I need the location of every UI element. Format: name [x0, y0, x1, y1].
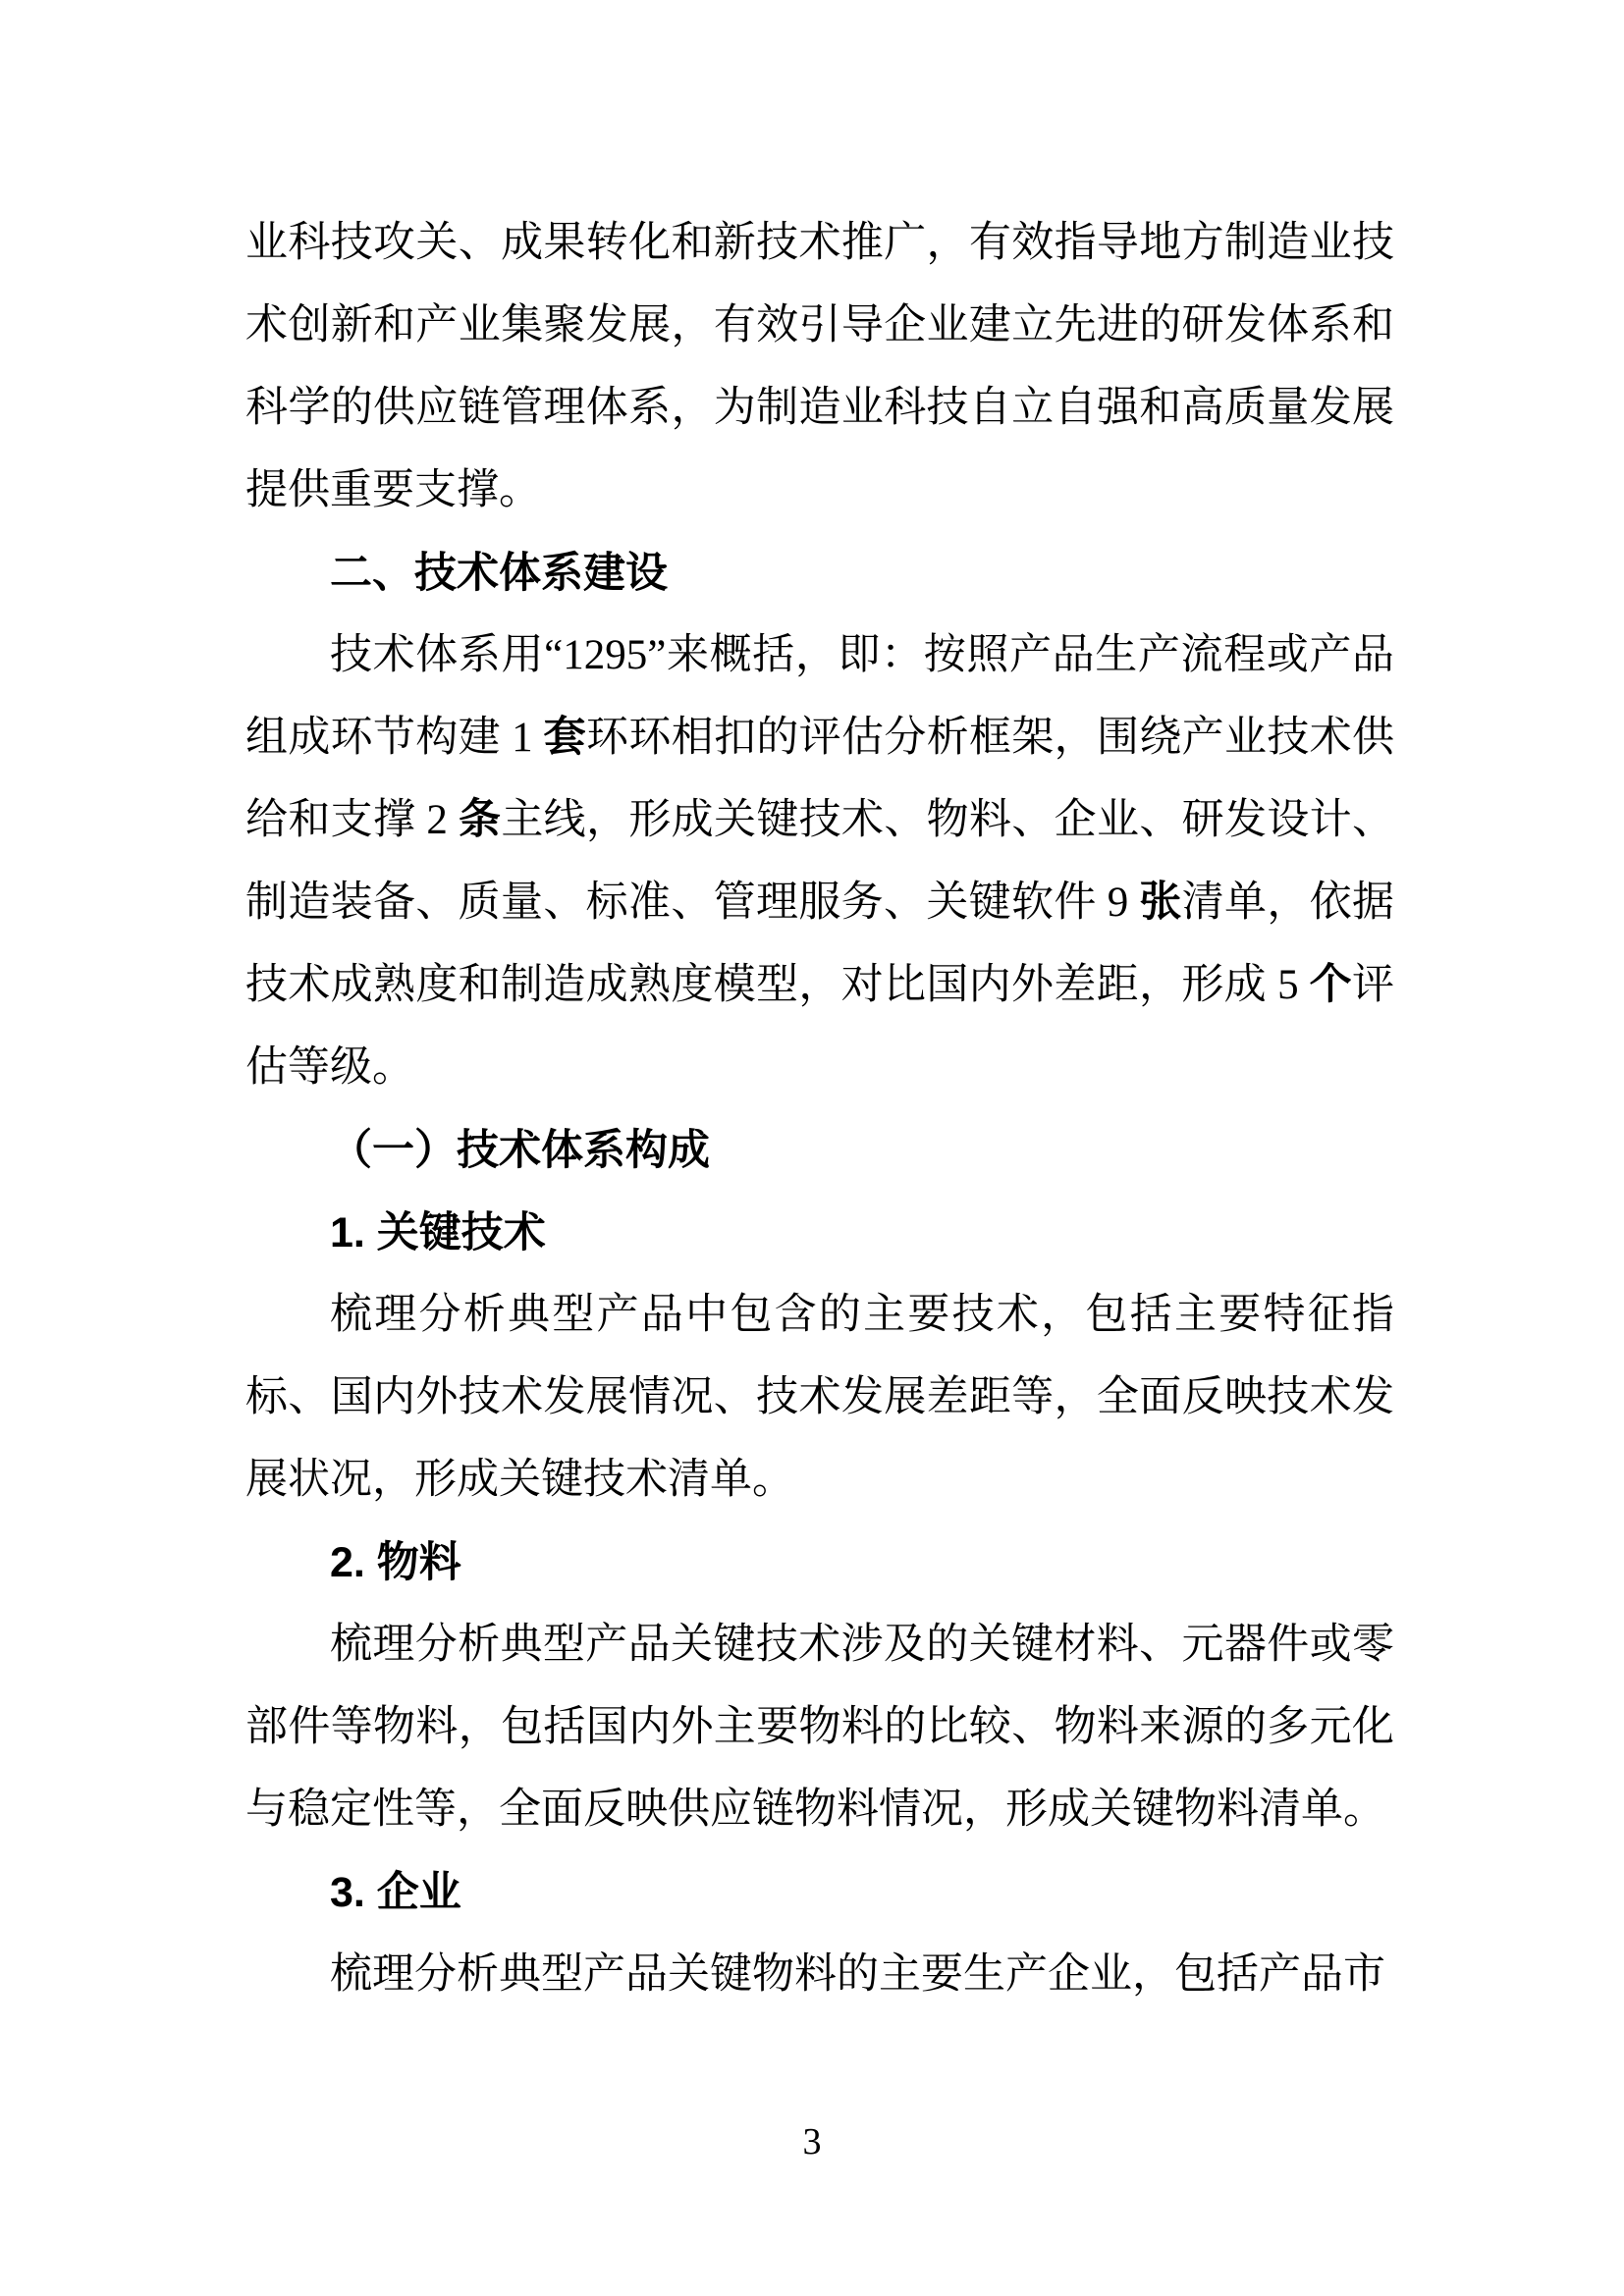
emphasized-text: 2. 物料	[330, 1539, 461, 1586]
body-text: 梳理分析典型产品关键技术涉及的关键材料、元器件或零部件等物料，包括国内外主要物料…	[245, 1622, 1394, 1833]
paragraph: 技术体系用“1295”来概括，即：按照产品生产流程或产品组成环节构建 1 套环环…	[245, 614, 1394, 1109]
section-heading: 二、技术体系建设	[245, 532, 1394, 614]
paragraph: 梳理分析典型产品关键技术涉及的关键材料、元器件或零部件等物料，包括国内外主要物料…	[245, 1604, 1394, 1851]
page-footer: 3	[0, 2118, 1624, 2165]
emphasized-text: 1. 关键技术	[330, 1209, 546, 1256]
section-heading: 3. 企业	[245, 1851, 1394, 1934]
paragraph: 业科技攻关、成果转化和新技术推广，有效指导地方制造业技术创新和产业集聚发展，有效…	[245, 202, 1394, 532]
emphasized-text: 张	[1139, 880, 1181, 926]
section-heading: （一）技术体系构成	[245, 1109, 1394, 1192]
body-text: 梳理分析典型产品关键物料的主要生产企业，包括产品市	[330, 1951, 1385, 1998]
document-page: 业科技攻关、成果转化和新技术推广，有效指导地方制造业技术创新和产业集聚发展，有效…	[0, 0, 1624, 2296]
emphasized-text: 二、技术体系建设	[330, 550, 668, 597]
paragraph: 梳理分析典型产品关键物料的主要生产企业，包括产品市	[245, 1934, 1394, 2016]
emphasized-text: 条	[459, 797, 501, 843]
emphasized-text: 3. 企业	[330, 1869, 461, 1916]
page-number: 3	[803, 2121, 822, 2163]
paragraph: 梳理分析典型产品中包含的主要技术，包括主要特征指标、国内外技术发展情况、技术发展…	[245, 1274, 1394, 1522]
emphasized-text: 套	[544, 715, 586, 761]
section-heading: 2. 物料	[245, 1522, 1394, 1604]
emphasized-text: （一）技术体系构成	[330, 1127, 710, 1174]
emphasized-text: 个	[1310, 962, 1352, 1008]
document-body: 业科技攻关、成果转化和新技术推广，有效指导地方制造业技术创新和产业集聚发展，有效…	[245, 202, 1394, 2016]
section-heading: 1. 关键技术	[245, 1192, 1394, 1274]
body-text: 梳理分析典型产品中包含的主要技术，包括主要特征指标、国内外技术发展情况、技术发展…	[245, 1292, 1394, 1503]
body-text: 业科技攻关、成果转化和新技术推广，有效指导地方制造业技术创新和产业集聚发展，有效…	[245, 220, 1394, 513]
